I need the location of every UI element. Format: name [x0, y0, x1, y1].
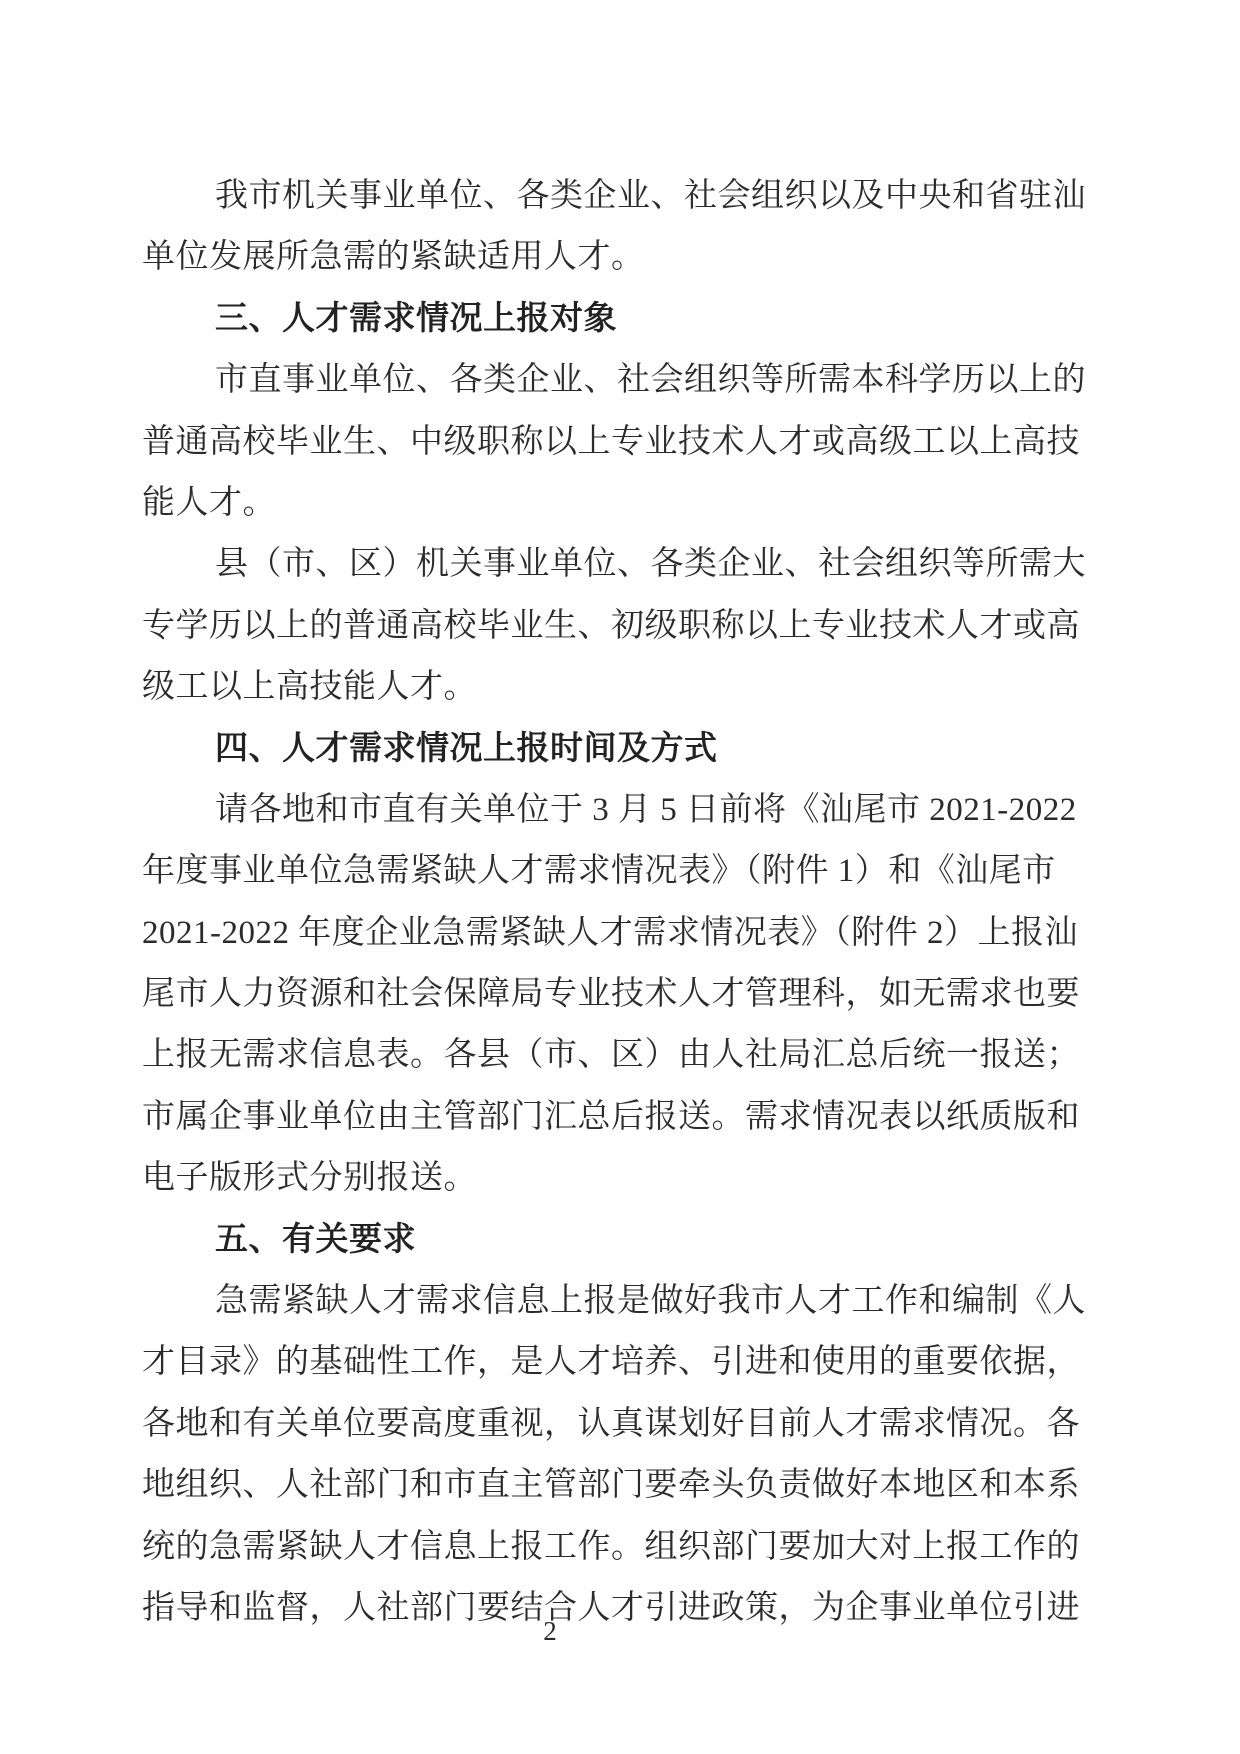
document-page: 我市机关事业单位、各类企业、社会组织以及中央和省驻汕单位发展所急需的紧缺适用人才… — [0, 0, 1240, 1754]
text-line: 县（市、区）机关事业单位、各类企业、社会组织等所需大 — [142, 534, 1094, 595]
text-line: 专学历以上的普通高校毕业生、初级职称以上专业技术人才或高 — [142, 596, 1094, 657]
text-line: 急需紧缺人才需求信息上报是做好我市人才工作和编制《人 — [142, 1271, 1094, 1332]
text-line: 请各地和市直有关单位于 3 月 5 日前将《汕尾市 2021-2022 — [142, 780, 1094, 841]
text-line: 级工以上高技能人才。 — [142, 657, 1094, 718]
text-line: 尾市人力资源和社会保障局专业技术人才管理科，如无需求也要 — [142, 964, 1094, 1025]
text-line: 市直事业单位、各类企业、社会组织等所需本科学历以上的 — [142, 350, 1094, 411]
text-line: 单位发展所急需的紧缺适用人才。 — [142, 227, 1094, 288]
text-line: 年度事业单位急需紧缺人才需求情况表》（附件 1）和《汕尾市 — [142, 841, 1094, 902]
document-body: 我市机关事业单位、各类企业、社会组织以及中央和省驻汕单位发展所急需的紧缺适用人才… — [142, 166, 1094, 1639]
text-line: 地组织、人社部门和市直主管部门要牵头负责做好本地区和本系 — [142, 1455, 1094, 1516]
text-line: 上报无需求信息表。各县（市、区）由人社局汇总后统一报送； — [142, 1025, 1094, 1086]
text-line: 能人才。 — [142, 473, 1094, 534]
section-heading: 五、有关要求 — [142, 1210, 1094, 1271]
section-heading: 四、人才需求情况上报时间及方式 — [142, 719, 1094, 780]
text-line: 才目录》的基础性工作，是人才培养、引进和使用的重要依据， — [142, 1332, 1094, 1393]
text-line: 各地和有关单位要高度重视，认真谋划好目前人才需求情况。各 — [142, 1394, 1094, 1455]
text-line: 我市机关事业单位、各类企业、社会组织以及中央和省驻汕 — [142, 166, 1094, 227]
text-line: 普通高校毕业生、中级职称以上专业技术人才或高级工以上高技 — [142, 412, 1094, 473]
text-line: 统的急需紧缺人才信息上报工作。组织部门要加大对上报工作的 — [142, 1517, 1094, 1578]
text-line: 电子版形式分别报送。 — [142, 1148, 1094, 1209]
page-number: 2 — [0, 1616, 1100, 1647]
text-line: 市属企事业单位由主管部门汇总后报送。需求情况表以纸质版和 — [142, 1087, 1094, 1148]
section-heading: 三、人才需求情况上报对象 — [142, 289, 1094, 350]
text-line: 2021-2022 年度企业急需紧缺人才需求情况表》（附件 2）上报汕 — [142, 903, 1094, 964]
